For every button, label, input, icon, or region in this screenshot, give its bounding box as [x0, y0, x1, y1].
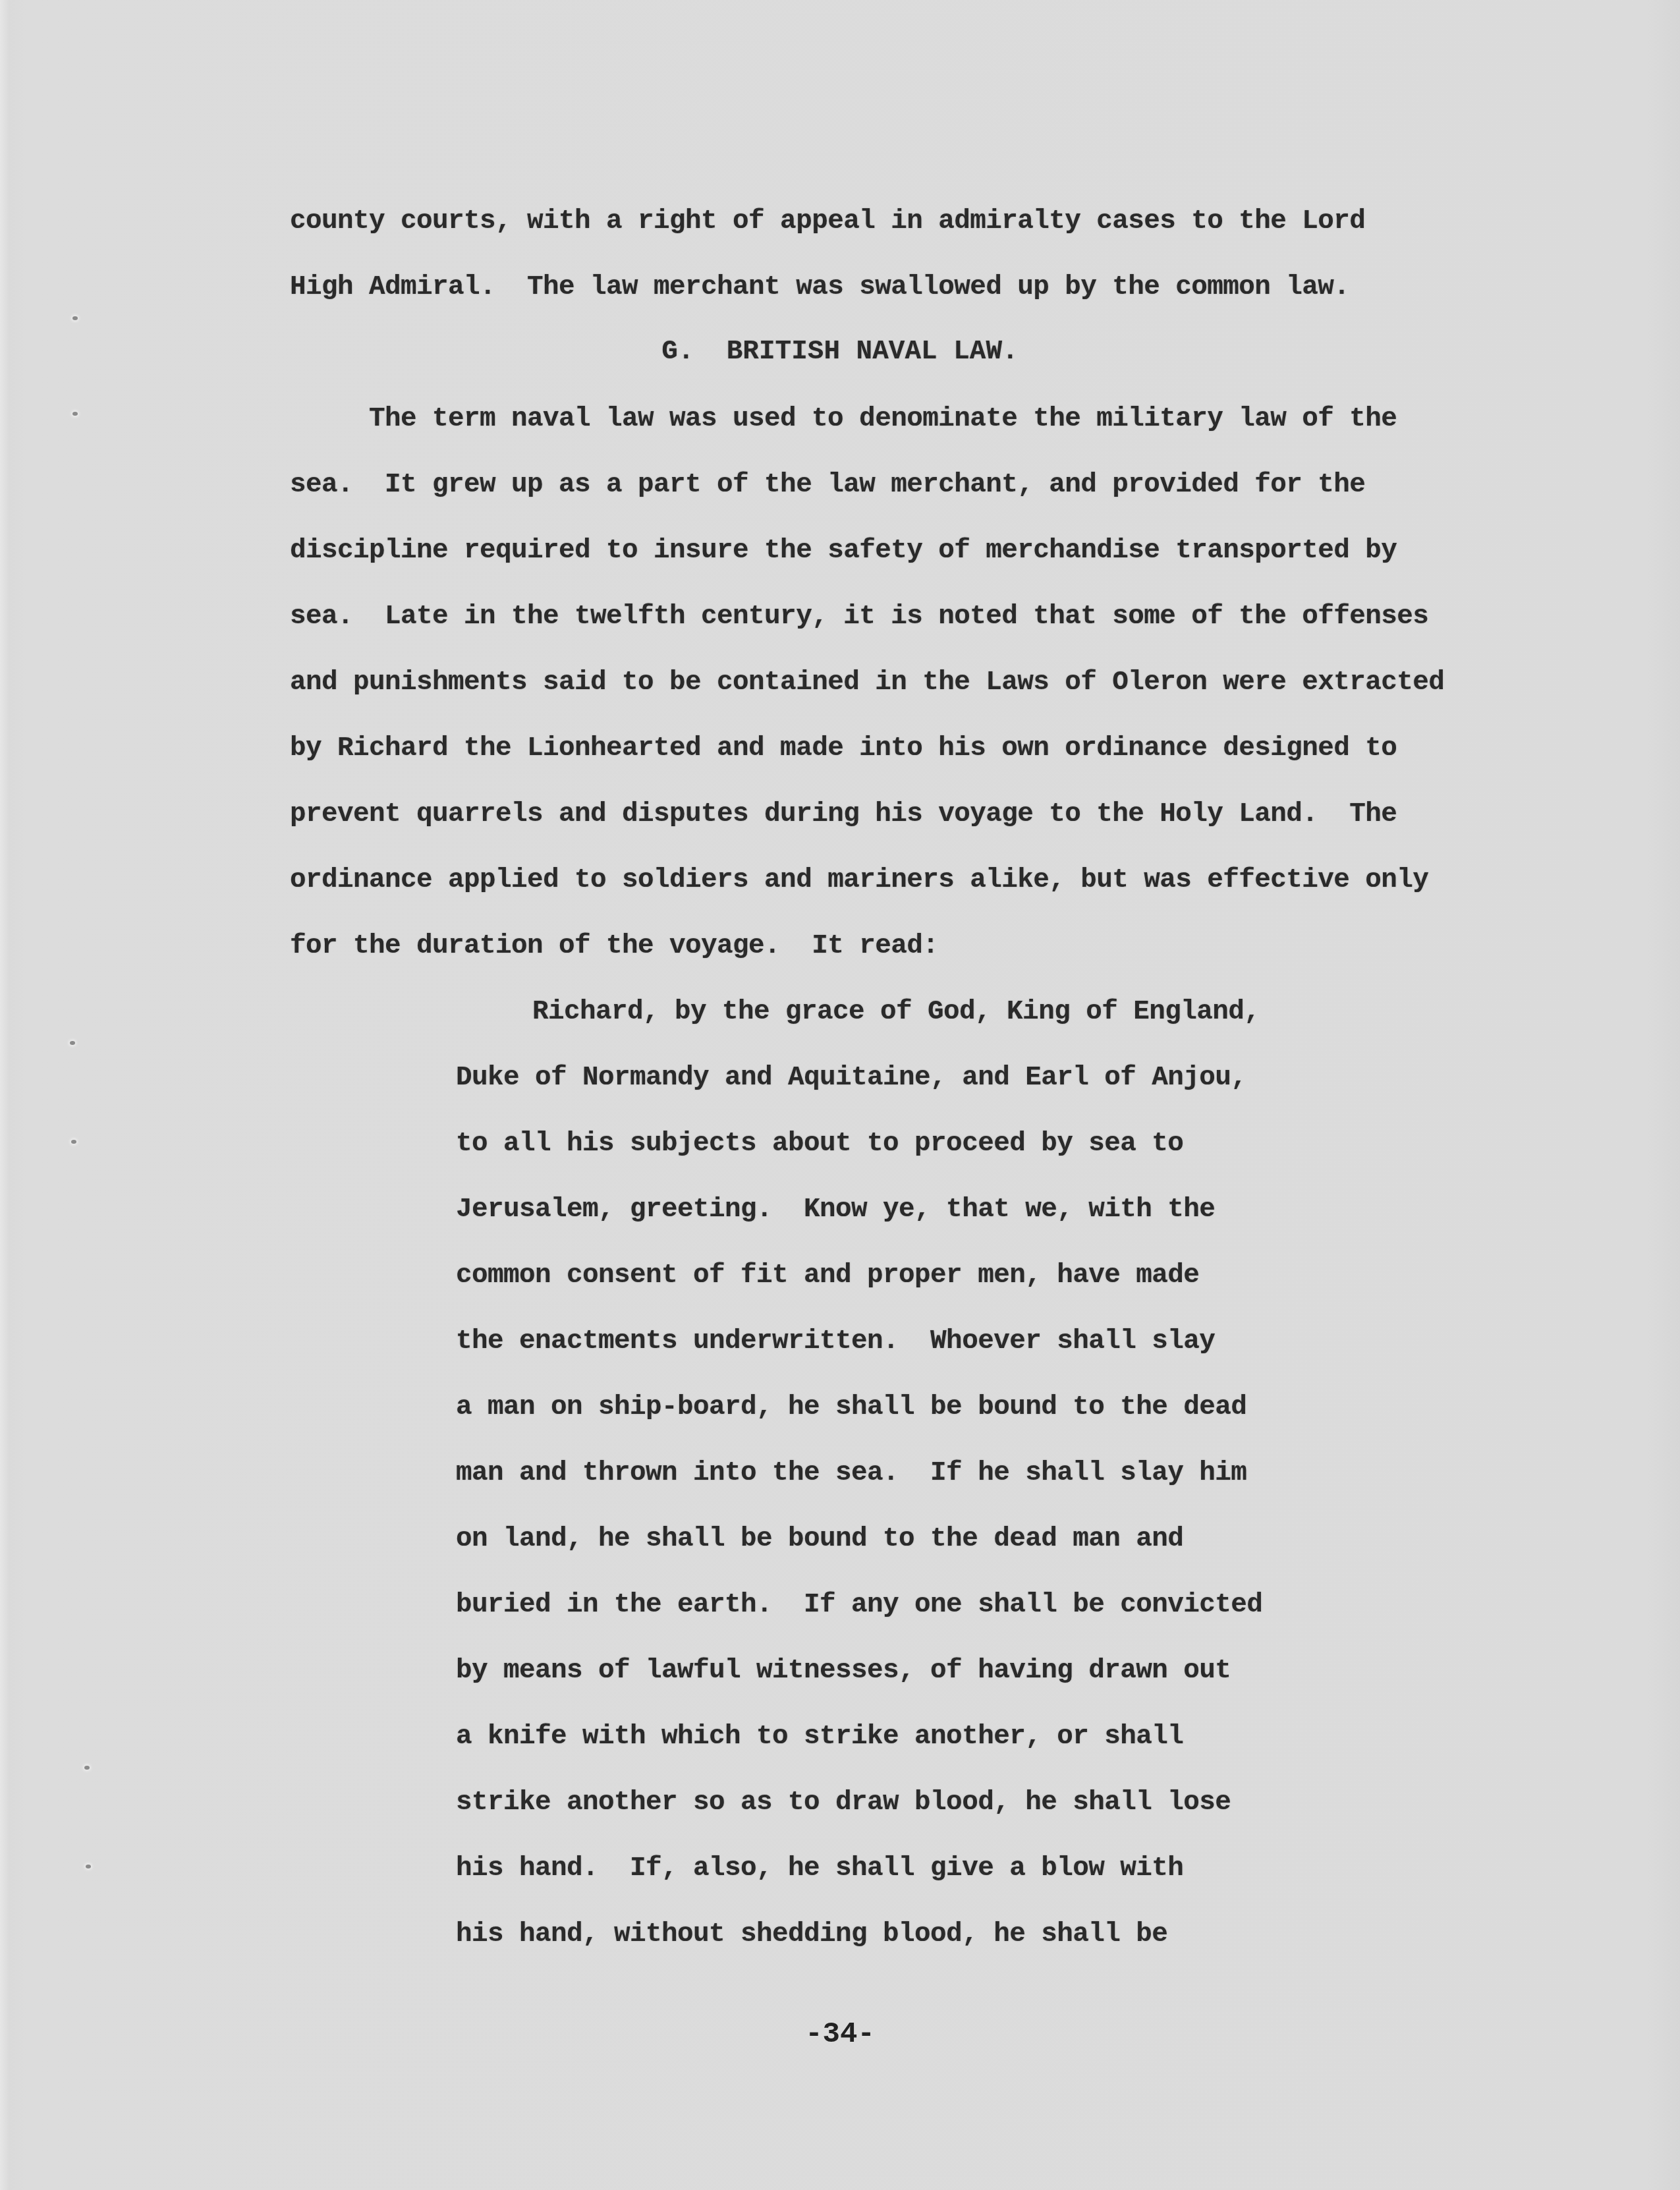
body-text-line: by Richard the Lionhearted and made into… [290, 729, 1397, 768]
margin-speck [70, 1041, 75, 1045]
margin-speck [72, 316, 78, 320]
quote-text-line: to all his subjects about to proceed by … [456, 1124, 1183, 1164]
quote-text-line: buried in the earth. If any one shall be… [456, 1585, 1262, 1625]
margin-speck [84, 1766, 90, 1770]
body-text-line: prevent quarrels and disputes during his… [290, 795, 1397, 834]
body-text-line: The term naval law was used to denominat… [369, 399, 1397, 439]
document-page: county courts, with a right of appeal in… [0, 0, 1680, 2190]
body-text-line: for the duration of the voyage. It read: [290, 926, 938, 966]
quote-text-line: a knife with which to strike another, or… [456, 1717, 1183, 1756]
quote-text-line: on land, he shall be bound to the dead m… [456, 1519, 1183, 1559]
quote-text-line: Jerusalem, greeting. Know ye, that we, w… [456, 1190, 1215, 1229]
body-text-line: High Admiral. The law merchant was swall… [290, 267, 1349, 307]
margin-speck [71, 1140, 76, 1144]
section-heading: G. BRITISH NAVAL LAW. [0, 332, 1680, 372]
quote-text-line: Duke of Normandy and Aquitaine, and Earl… [456, 1058, 1246, 1098]
quote-text-line: common consent of fit and proper men, ha… [456, 1256, 1199, 1295]
quote-text-line: strike another so as to draw blood, he s… [456, 1783, 1231, 1822]
quote-text-line: by means of lawful witnesses, of having … [456, 1651, 1231, 1691]
margin-speck [86, 1865, 91, 1868]
page-number: -34- [0, 2015, 1680, 2054]
quote-text-line: his hand. If, also, he shall give a blow… [456, 1849, 1183, 1888]
body-text-line: and punishments said to be contained in … [290, 663, 1444, 702]
quote-text-line: his hand, without shedding blood, he sha… [456, 1915, 1167, 1954]
body-text-line: discipline required to insure the safety… [290, 531, 1397, 571]
quote-text-line: a man on ship-board, he shall be bound t… [456, 1388, 1246, 1427]
body-text-line: sea. Late in the twelfth century, it is … [290, 597, 1428, 636]
quote-text-line: man and thrown into the sea. If he shall… [456, 1453, 1246, 1493]
quote-text-line: Richard, by the grace of God, King of En… [532, 992, 1260, 1032]
margin-speck [72, 412, 78, 416]
quote-text-line: the enactments underwritten. Whoever sha… [456, 1322, 1215, 1361]
body-text-line: ordinance applied to soldiers and marine… [290, 860, 1428, 900]
body-text-line: county courts, with a right of appeal in… [290, 202, 1365, 241]
body-text-line: sea. It grew up as a part of the law mer… [290, 465, 1365, 505]
